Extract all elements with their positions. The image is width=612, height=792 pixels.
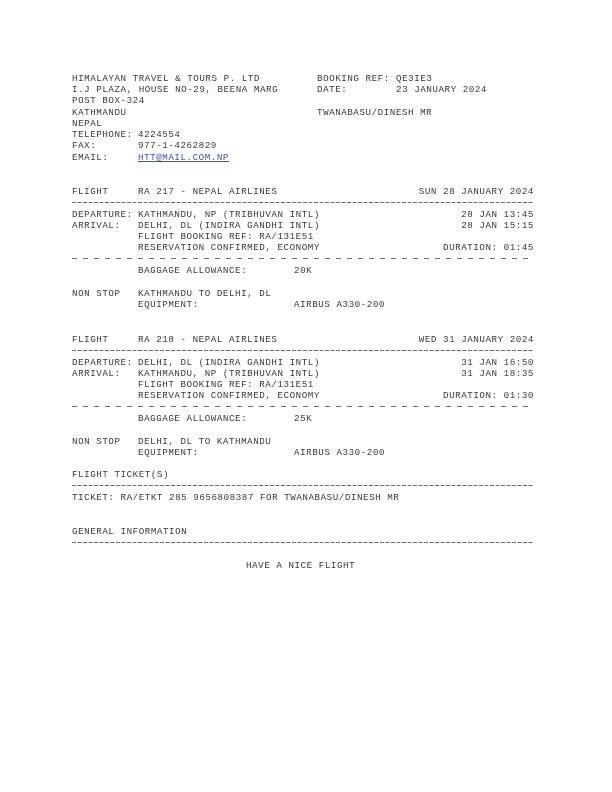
departure-label: DEPARTURE: xyxy=(72,209,133,220)
flight-date: WED 31 JANUARY 2024 xyxy=(419,334,534,345)
email-label: EMAIL: xyxy=(72,152,108,163)
flight-booking-ref: FLIGHT BOOKING REF: RA/131E51 xyxy=(138,379,314,390)
reservation-status: RESERVATION CONFIRMED, ECONOMY xyxy=(138,390,320,401)
departure-airport: KATHMANDU, NP (TRIBHUVAN INTL) xyxy=(138,209,320,220)
arrival-airport: DELHI, DL (INDIRA GANDHI INTL) xyxy=(138,220,320,231)
agency-address: I.J PLAZA, HOUSE NO-29, BEENA MARG xyxy=(72,84,278,95)
stop-type: NON STOP xyxy=(72,436,121,447)
baggage-value: 20K xyxy=(294,265,312,276)
fax-value: 977-1-4262829 xyxy=(138,140,217,151)
reservation-status: RESERVATION CONFIRMED, ECONOMY xyxy=(138,242,320,253)
general-info-heading: GENERAL INFORMATION xyxy=(72,526,187,537)
email-link[interactable]: HTT@MAIL.COM.NP xyxy=(138,152,229,163)
flight-number: RA 217 - NEPAL AIRLINES xyxy=(138,186,277,197)
divider xyxy=(72,258,534,259)
baggage-value: 25K xyxy=(294,413,312,424)
telephone-value: 4224554 xyxy=(138,129,180,140)
arrival-time: 28 JAN 15:15 xyxy=(461,220,534,231)
passenger-name: TWANABASU/DINESH MR xyxy=(317,107,432,118)
departure-time: 31 JAN 16:50 xyxy=(461,357,534,368)
departure-time: 28 JAN 13:45 xyxy=(461,209,534,220)
arrival-label: ARRIVAL: xyxy=(72,220,121,231)
equipment-label: EQUIPMENT: xyxy=(138,447,199,458)
flight-duration: DURATION: 01:45 xyxy=(443,242,534,253)
equipment-label: EQUIPMENT: xyxy=(138,299,199,310)
telephone-label: TELEPHONE: xyxy=(72,129,133,140)
route: DELHI, DL TO KATHMANDU xyxy=(138,436,271,447)
fax-label: FAX: xyxy=(72,140,96,151)
departure-airport: DELHI, DL (INDIRA GANDHI INTL) xyxy=(138,357,320,368)
flight-number: RA 218 - NEPAL AIRLINES xyxy=(138,334,277,345)
baggage-label: BAGGAGE ALLOWANCE: xyxy=(138,413,247,424)
ticket-line: TICKET: RA/ETKT 285 9656808387 FOR TWANA… xyxy=(72,492,399,503)
divider xyxy=(72,485,534,486)
tickets-heading: FLIGHT TICKET(S) xyxy=(72,469,169,480)
flight-duration: DURATION: 01:30 xyxy=(443,390,534,401)
arrival-time: 31 JAN 18:35 xyxy=(461,368,534,379)
divider xyxy=(72,350,534,351)
stop-type: NON STOP xyxy=(72,288,121,299)
departure-label: DEPARTURE: xyxy=(72,357,133,368)
flight-label: FLIGHT xyxy=(72,186,108,197)
flight-booking-ref: FLIGHT BOOKING REF: RA/131E51 xyxy=(138,231,314,242)
agency-name: HIMALAYAN TRAVEL & TOURS P. LTD xyxy=(72,73,260,84)
divider xyxy=(72,406,534,407)
divider xyxy=(72,202,534,203)
flight-date: SUN 28 JANUARY 2024 xyxy=(419,186,534,197)
booking-date-value: 23 JANUARY 2024 xyxy=(396,84,487,95)
flight-label: FLIGHT xyxy=(72,334,108,345)
arrival-airport: KATHMANDU, NP (TRIBHUVAN INTL) xyxy=(138,368,320,379)
equipment-value: AIRBUS A330-200 xyxy=(294,299,385,310)
booking-ref-label: BOOKING REF: xyxy=(317,73,390,84)
agency-city: KATHMANDU xyxy=(72,107,127,118)
arrival-label: ARRIVAL: xyxy=(72,368,121,379)
itinerary-page: HIMALAYAN TRAVEL & TOURS P. LTD I.J PLAZ… xyxy=(0,0,612,792)
booking-date-label: DATE: xyxy=(317,84,347,95)
closing-message: HAVE A NICE FLIGHT xyxy=(246,560,355,571)
divider xyxy=(72,542,534,543)
route: KATHMANDU TO DELHI, DL xyxy=(138,288,271,299)
agency-country: NEPAL xyxy=(72,118,102,129)
equipment-value: AIRBUS A330-200 xyxy=(294,447,385,458)
agency-po-box: POST BOX-324 xyxy=(72,95,145,106)
booking-ref-value: QE3IE3 xyxy=(396,73,432,84)
baggage-label: BAGGAGE ALLOWANCE: xyxy=(138,265,247,276)
